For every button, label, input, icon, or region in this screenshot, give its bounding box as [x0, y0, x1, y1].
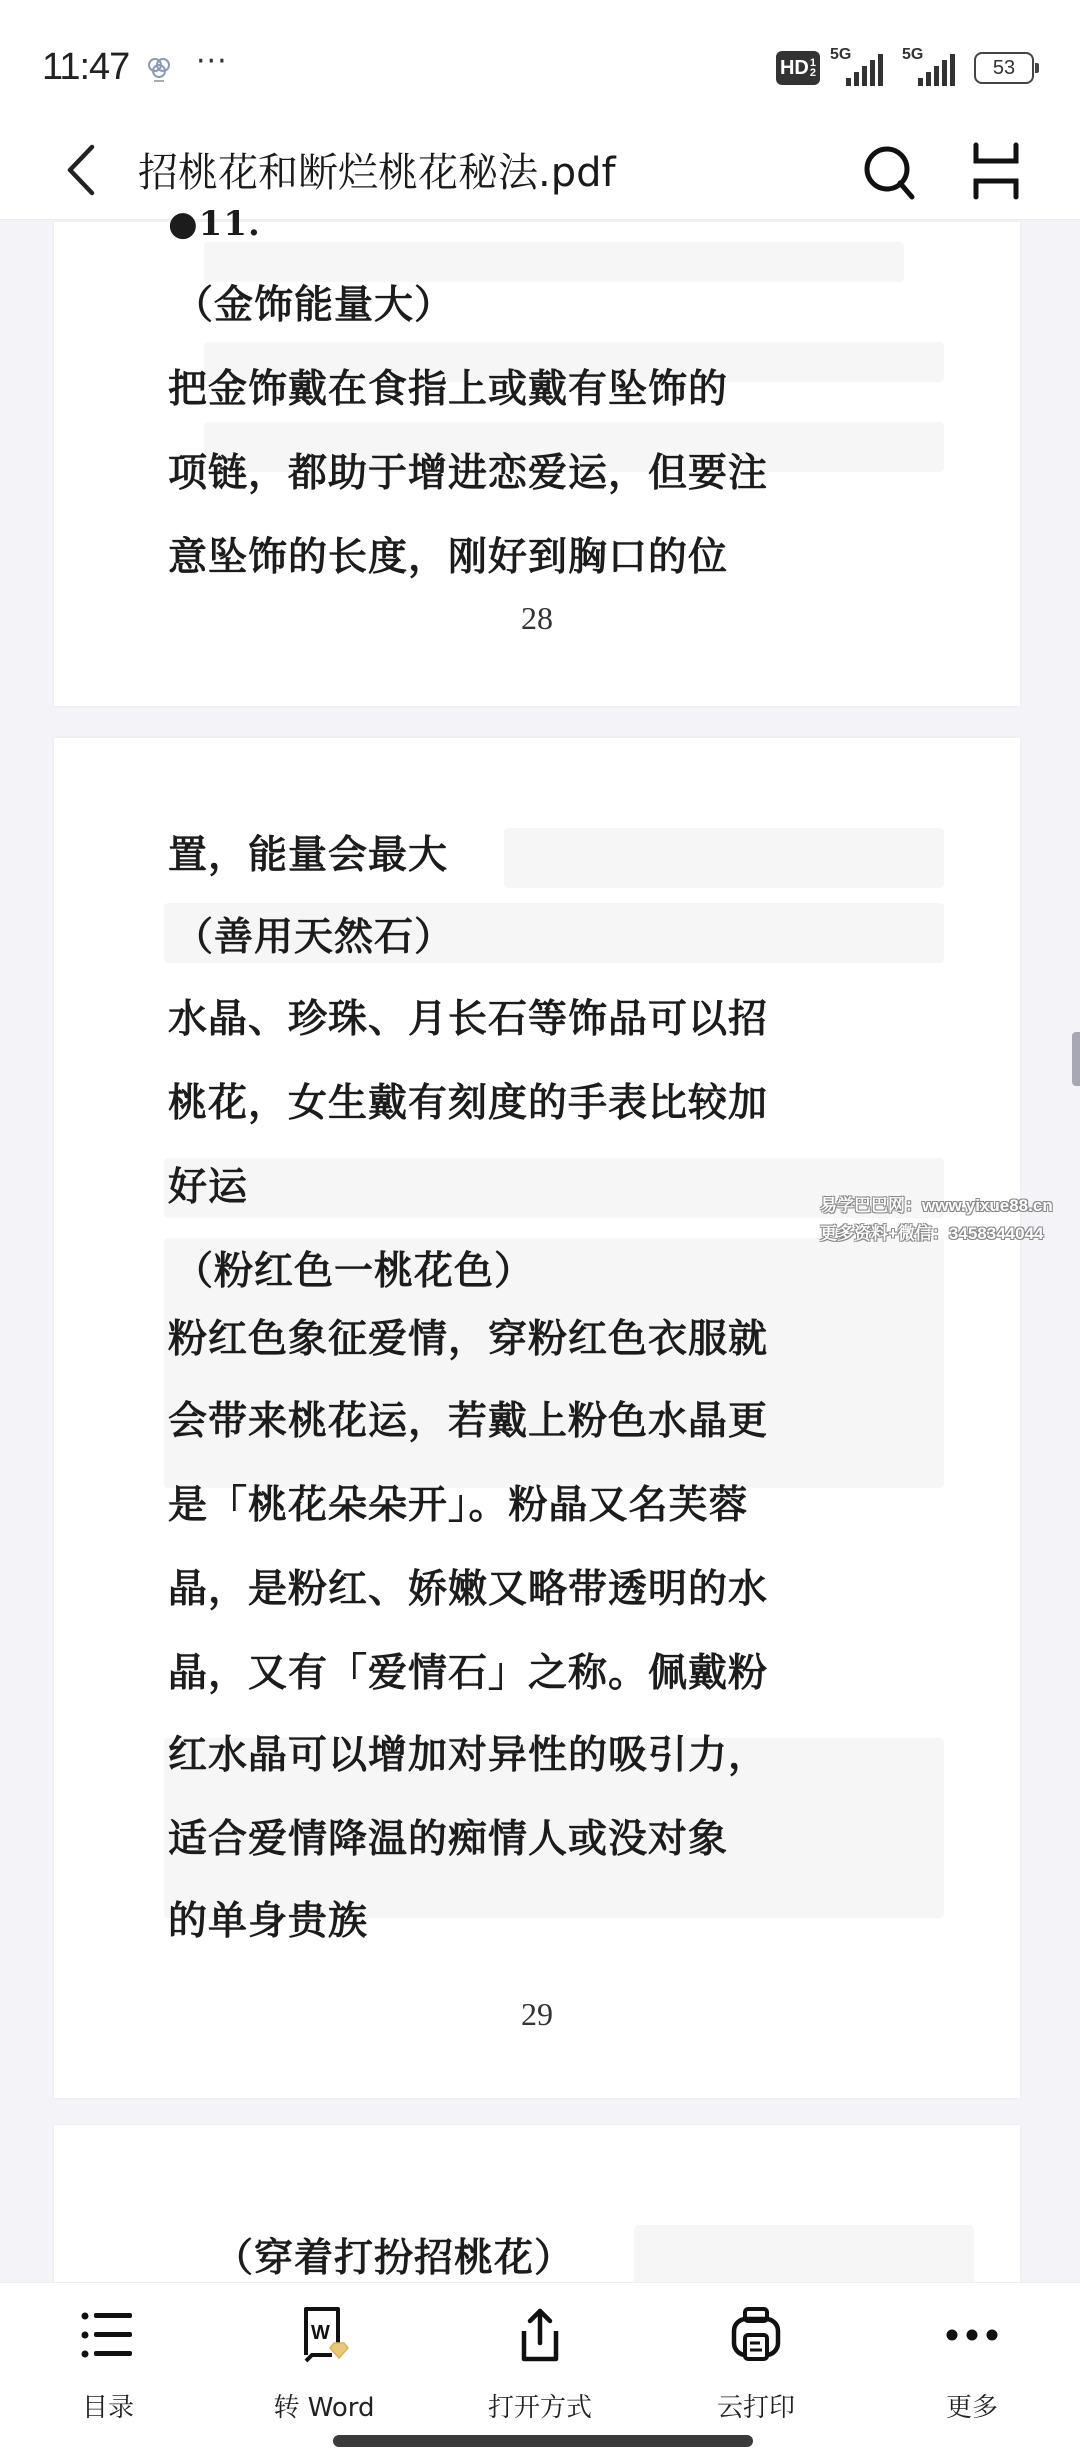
toolbar-label: 转 Word [244, 2387, 404, 2424]
section-heading: （金饰能量大） [174, 274, 454, 330]
app-header: 招桃花和断烂桃花秘法.pdf [0, 125, 1080, 220]
signal-sim1-icon: 5G [830, 50, 892, 86]
section-heading: （善用天然石） [174, 906, 454, 962]
scrollbar-thumb[interactable] [1072, 1032, 1080, 1086]
body-text-line: 是「桃花朵朵开」。粉晶又名芙蓉 [168, 1474, 749, 1530]
body-text-line: 置，能量会最大 [168, 824, 448, 880]
convert-word-icon: W [294, 2305, 354, 2365]
pdf-page: （穿着打扮招桃花） [54, 2125, 1020, 2285]
body-text-line: 桃花，女生戴有刻度的手表比较加 [168, 1072, 768, 1128]
body-text-line: 会带来桃花运，若戴上粉色水晶更 [168, 1390, 768, 1446]
status-time: 11:47 [42, 46, 129, 89]
pdf-page: ●11. （金饰能量大） 把金饰戴在食指上或戴有坠饰的 项链，都助于增进恋爱运，… [54, 222, 1020, 706]
app-notification-icon [146, 56, 172, 84]
toolbar-label: 云打印 [676, 2387, 836, 2424]
body-text-line: 意坠饰的长度，刚好到胸口的位 [168, 526, 728, 582]
body-text-line: 好运 [168, 1156, 248, 1212]
more-icon [942, 2305, 1002, 2365]
body-text-line: 适合爱情降温的痴情人或没对象 [168, 1808, 728, 1864]
section-heading: （粉红色一桃花色） [174, 1240, 534, 1296]
reading-mode-icon[interactable] [968, 139, 1024, 203]
home-indicator[interactable] [333, 2435, 753, 2447]
signal-sim2-icon: 5G [902, 50, 964, 86]
body-text-line: 粉红色象征爱情，穿粉红色衣服就 [168, 1308, 768, 1364]
body-text-line: 水晶、珍珠、月长石等饰品可以招 [168, 988, 768, 1044]
status-bar: 11:47 ··· HD12 5G 5G 53 [0, 0, 1080, 125]
chevron-left-icon[interactable] [58, 135, 108, 205]
toolbar-cloud-print[interactable]: 云打印 [676, 2305, 836, 2424]
page-number: 29 [54, 1996, 1020, 2033]
status-indicators: HD12 5G 5G 53 [776, 50, 1034, 86]
body-text-line: 晶，是粉红、娇嫩又略带透明的水 [168, 1558, 768, 1614]
toolbar-label: 打开方式 [460, 2387, 620, 2424]
toolbar-convert-word[interactable]: W 转 Word [244, 2305, 404, 2424]
hd-label: HD [780, 57, 809, 80]
hd-voice-icon: HD12 [776, 51, 820, 85]
svg-text:W: W [311, 2322, 330, 2344]
body-text-line: 红水晶可以增加对异性的吸引力， [168, 1724, 768, 1780]
battery-level: 53 [993, 57, 1015, 80]
body-text-line: 把金饰戴在食指上或戴有坠饰的 [168, 358, 728, 414]
more-notifications-icon: ··· [196, 44, 228, 79]
watermark-site: 易学巴巴网：www.yixue88.cn [820, 1192, 1070, 1220]
toolbar-table-of-contents[interactable]: 目录 [28, 2305, 188, 2424]
body-text-line: 的单身贵族 [168, 1890, 368, 1946]
section-number: ●11. [168, 204, 261, 244]
bottom-toolbar: 目录 W 转 Word 打开方式 云打印 更多 [0, 2282, 1080, 2460]
search-icon[interactable] [860, 139, 920, 203]
toolbar-open-with[interactable]: 打开方式 [460, 2305, 620, 2424]
battery-icon: 53 [974, 52, 1034, 84]
toolbar-label: 更多 [892, 2387, 1052, 2424]
share-open-with-icon [510, 2305, 570, 2365]
toolbar-label: 目录 [28, 2387, 188, 2424]
printer-icon [726, 2305, 786, 2365]
table-of-contents-icon [78, 2305, 138, 2365]
section-heading: （穿着打扮招桃花） [214, 2227, 574, 2283]
watermark-contact: 更多资料+微信：3458344044 [820, 1220, 1070, 1248]
body-text-line: 晶，又有「爱情石」之称。佩戴粉 [168, 1642, 768, 1698]
body-text-line: 项链，都助于增进恋爱运，但要注 [168, 442, 768, 498]
watermark: 易学巴巴网：www.yixue88.cn 更多资料+微信：3458344044 [820, 1192, 1070, 1248]
pdf-page: 置，能量会最大 （善用天然石） 水晶、珍珠、月长石等饰品可以招 桃花，女生戴有刻… [54, 738, 1020, 2098]
page-number: 28 [54, 600, 1020, 637]
toolbar-more[interactable]: 更多 [892, 2305, 1052, 2424]
document-title: 招桃花和断烂桃花秘法.pdf [138, 141, 616, 198]
